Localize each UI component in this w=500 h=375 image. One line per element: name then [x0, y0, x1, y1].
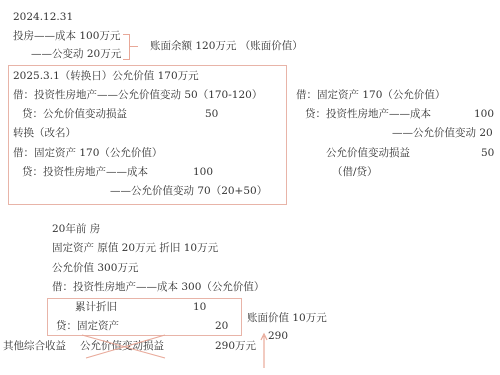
cross-out-mark [0, 0, 500, 375]
